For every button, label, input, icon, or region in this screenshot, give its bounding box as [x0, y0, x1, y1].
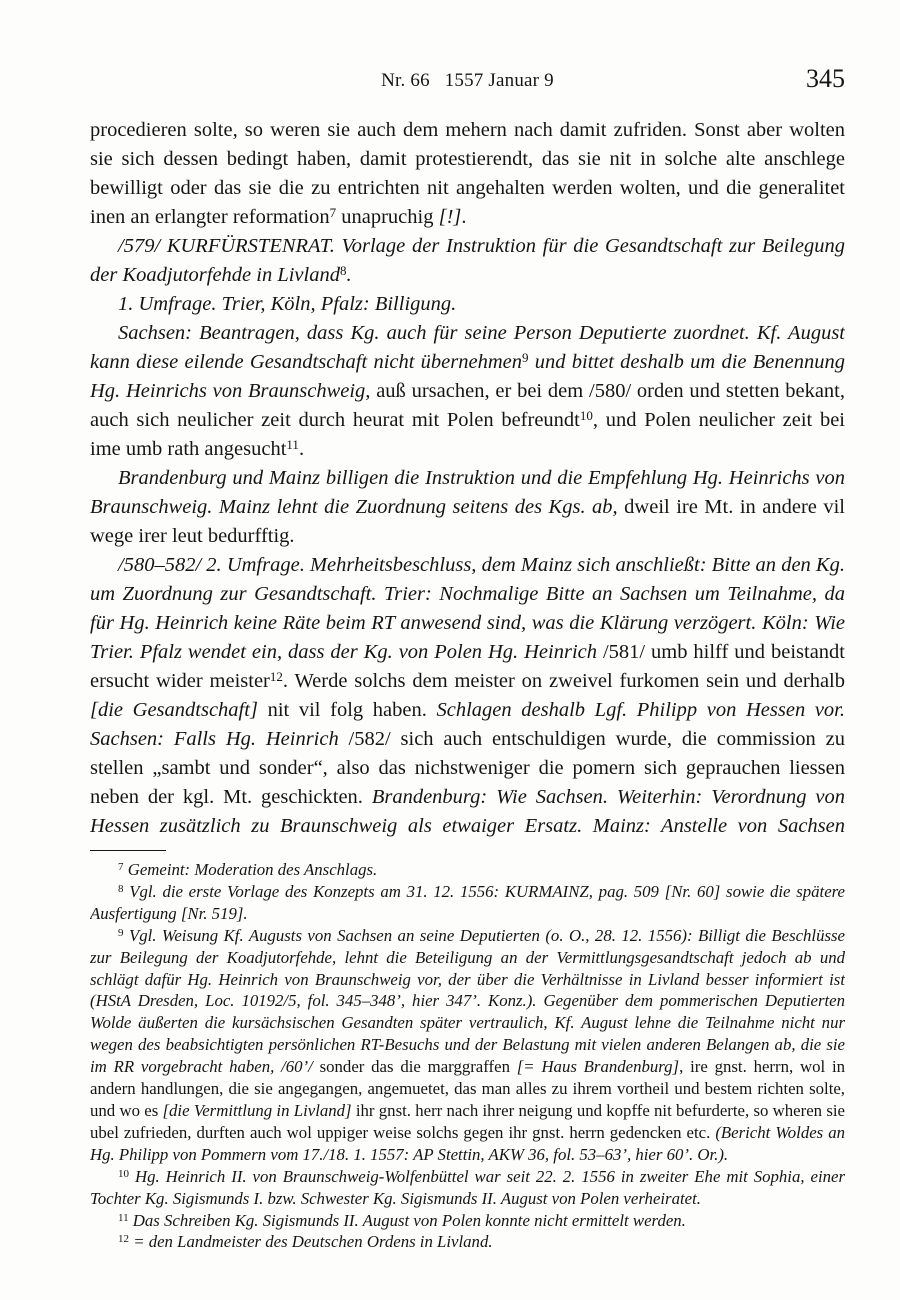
footnotes-block: 7 Gemeint: Moderation des Anschlags.8 Vg… [90, 859, 845, 1259]
body-paragraph: 1. Umfrage. Trier, Köln, Pfalz: Billigun… [90, 290, 845, 319]
body-paragraph: /580–582/ 2. Umfrage. Mehrheitsbeschluss… [90, 551, 845, 844]
footnote: 10 Hg. Heinrich II. von Braunschweig-Wol… [90, 1166, 845, 1210]
footnote-reference: 12 [118, 1233, 129, 1245]
footnote: 11 Das Schreiben Kg. Sigismunds II. Augu… [90, 1210, 845, 1232]
footnote: 8 Vgl. die erste Vorlage des Konzepts am… [90, 881, 845, 925]
footnote: 12 = den Landmeister des Deutschen Orden… [90, 1231, 845, 1253]
page-header: Nr. 66 1557 Januar 9 345 [90, 70, 845, 110]
body-paragraph: procedieren solte, so weren sie auch dem… [90, 116, 845, 232]
footnote: 9 Vgl. Weisung Kf. Augusts von Sachsen a… [90, 925, 845, 1166]
running-head: Nr. 66 1557 Januar 9 [90, 70, 845, 92]
footnote-separator [90, 850, 166, 851]
main-text-block: procedieren solte, so weren sie auch dem… [90, 116, 845, 844]
page-number: 345 [806, 64, 845, 94]
footnote-reference: 10 [580, 408, 593, 423]
footnote: 7 Gemeint: Moderation des Anschlags. [90, 859, 845, 881]
body-paragraph: Brandenburg und Mainz billigen die Instr… [90, 464, 845, 551]
footnote-reference: 12 [270, 669, 283, 684]
scanned-book-page: Nr. 66 1557 Januar 9 345 procedieren sol… [0, 0, 900, 1300]
footnote-reference: 11 [286, 437, 299, 452]
body-paragraph: /579/ KURFÜRSTENRAT. Vorlage der Instruk… [90, 232, 845, 290]
footnote-reference: 10 [118, 1168, 129, 1180]
body-paragraph: Sachsen: Beantragen, dass Kg. auch für s… [90, 319, 845, 464]
footnote-reference: 11 [118, 1212, 129, 1224]
